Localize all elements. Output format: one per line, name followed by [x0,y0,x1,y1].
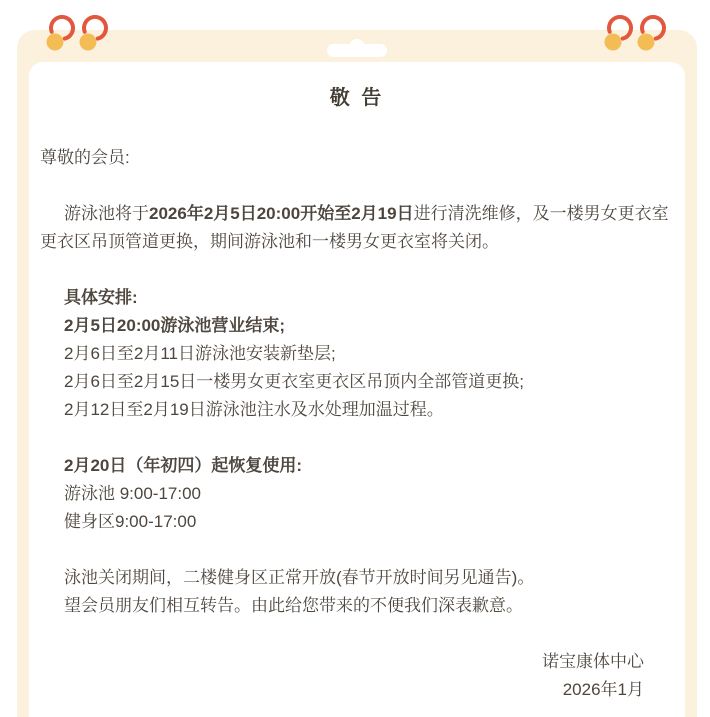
quote-ring-icon [637,15,667,51]
reopen-item-pool: 游泳池 9:00-17:00 [40,480,674,508]
schedule-item: 2月6日至2月15日一楼男女更衣室更衣区吊顶内全部管道更换; [40,368,674,396]
quote-ring-icon [604,15,634,51]
notice-page: 敬 告 尊敬的会员: 游泳池将于2026年2月5日20:00开始至2月19日进行… [0,0,710,717]
quote-rings-right [604,15,667,51]
signature-org: 诺宝康体中心 [40,648,674,676]
reopen-item-gym: 健身区9:00-17:00 [40,508,674,536]
greeting-line: 尊敬的会员: [40,144,674,172]
schedule-highlight: 2月5日20:00游泳池营业结束; [40,312,674,340]
intro-text-pre: 游泳池将于 [64,204,149,223]
closing-line: 望会员朋友们相互转告。由此给您带来的不便我们深表歉意。 [40,592,674,620]
schedule-item: 2月12日至2月19日游泳池注水及水处理加温过程。 [40,396,674,424]
notice-card: 敬 告 尊敬的会员: 游泳池将于2026年2月5日20:00开始至2月19日进行… [29,62,685,717]
clip-tab-icon [327,44,387,57]
schedule-item: 2月6日至2月11日游泳池安装新垫层; [40,340,674,368]
quote-ring-icon [79,15,109,51]
schedule-header: 具体安排: [40,284,674,312]
quote-rings-left [46,15,109,51]
quote-ring-icon [46,15,76,51]
notice-title: 敬 告 [40,84,674,112]
closing-line: 泳池关闭期间，二楼健身区正常开放(春节开放时间另见通告)。 [40,564,674,592]
notice-frame: 敬 告 尊敬的会员: 游泳池将于2026年2月5日20:00开始至2月19日进行… [17,30,697,717]
signature-date: 2026年1月 [40,676,674,704]
intro-paragraph: 游泳池将于2026年2月5日20:00开始至2月19日进行清洗维修，及一楼男女更… [40,200,674,256]
intro-text-dates: 2026年2月5日20:00开始至2月19日 [149,204,414,223]
reopen-header: 2月20日（年初四）起恢复使用: [40,452,674,480]
